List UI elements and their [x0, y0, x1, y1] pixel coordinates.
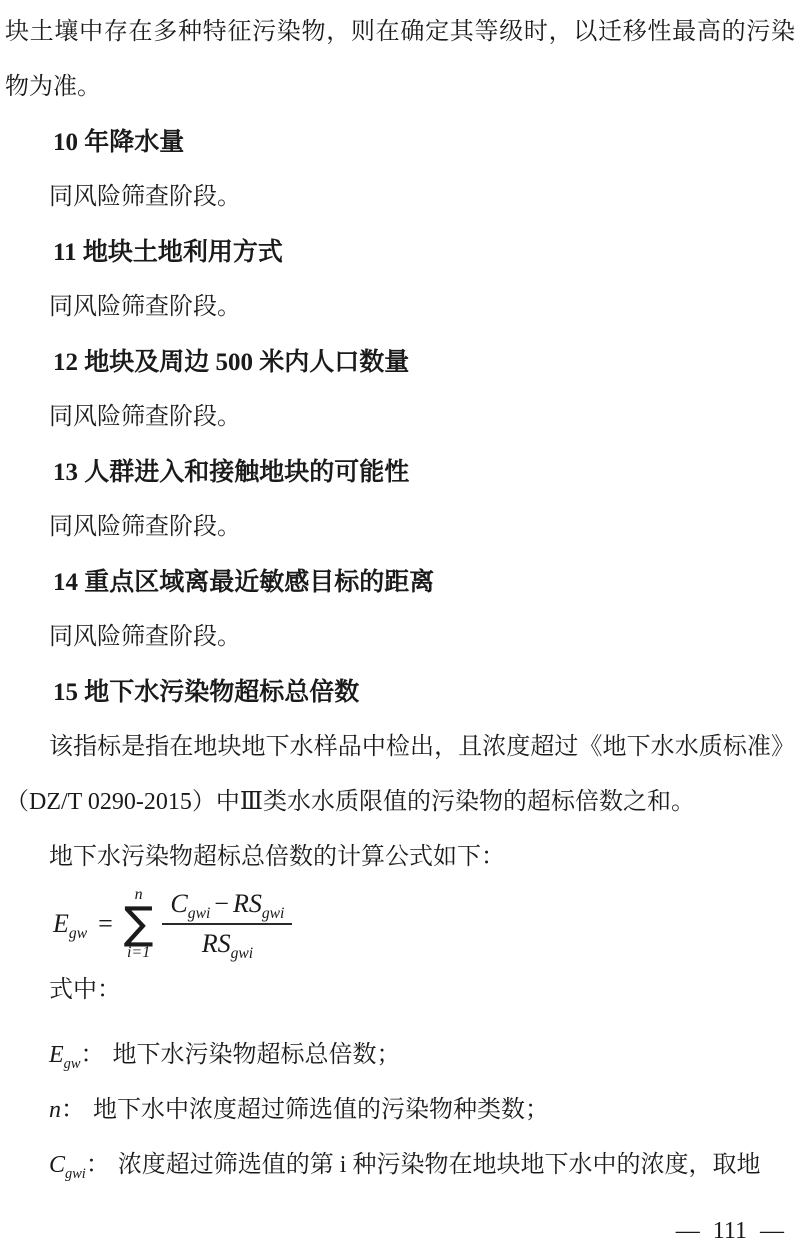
- section-heading-14: 14 重点区域离最近敏感目标的距离: [53, 555, 795, 610]
- summation-symbol: n ∑ i=1: [124, 887, 154, 961]
- sum-lower-limit: i=1: [127, 945, 150, 961]
- groundwater-exceedance-formula: Egw = n ∑ i=1 Cgwi−RSgwi RSgwi: [53, 885, 795, 963]
- section15-formula-intro: 地下水污染物超标总倍数的计算公式如下：: [5, 830, 795, 885]
- continued-paragraph: 块土壤中存在多种特征污染物，则在确定其等级时，以迁移性最高的污染物为准。: [5, 5, 795, 115]
- sigma-icon: ∑: [124, 903, 154, 945]
- section-heading-15: 15 地下水污染物超标总倍数: [53, 665, 795, 720]
- symbol-n: n: [49, 1097, 61, 1123]
- symbol-egw: Egw: [49, 1042, 80, 1068]
- footer-dash-right: —: [760, 1218, 784, 1244]
- section-body-10: 同风险筛查阶段。: [5, 170, 795, 225]
- footer-dash-left: —: [676, 1218, 700, 1244]
- section15-definition-paragraph: 该指标是指在地块地下水样品中检出，且浓度超过《地下水水质标准》（DZ/T 029…: [5, 720, 795, 830]
- equals-sign: =: [98, 909, 113, 939]
- definition-cgwi: Cgwi：浓度超过筛选值的第 i 种污染物在地块地下水中的浓度，取地: [5, 1138, 795, 1193]
- symbol-cgwi: Cgwi: [49, 1152, 86, 1178]
- document-page: 块土壤中存在多种特征污染物，则在确定其等级时，以迁移性最高的污染物为准。 10 …: [0, 0, 800, 1253]
- section-heading-13: 13 人群进入和接触地块的可能性: [53, 445, 795, 500]
- section-heading-11: 11 地块土地利用方式: [53, 225, 795, 280]
- page-footer: — 111 —: [676, 1218, 784, 1244]
- formula-lhs: Egw: [53, 909, 87, 939]
- section-heading-10: 10 年降水量: [53, 115, 795, 170]
- section-body-12: 同风险筛查阶段。: [5, 390, 795, 445]
- section-body-14: 同风险筛查阶段。: [5, 610, 795, 665]
- section-body-11: 同风险筛查阶段。: [5, 280, 795, 335]
- section-body-13: 同风险筛查阶段。: [5, 500, 795, 555]
- fraction-denominator: RSgwi: [202, 925, 253, 959]
- where-label: 式中：: [5, 963, 795, 1018]
- fraction-numerator: Cgwi−RSgwi: [162, 889, 292, 925]
- definition-n: n：地下水中浓度超过筛选值的污染物种类数；: [5, 1083, 795, 1138]
- page-number: 111: [713, 1218, 747, 1244]
- definition-egw: Egw：地下水污染物超标总倍数；: [5, 1028, 795, 1083]
- section-heading-12: 12 地块及周边 500 米内人口数量: [53, 335, 795, 390]
- formula-fraction: Cgwi−RSgwi RSgwi: [162, 889, 292, 959]
